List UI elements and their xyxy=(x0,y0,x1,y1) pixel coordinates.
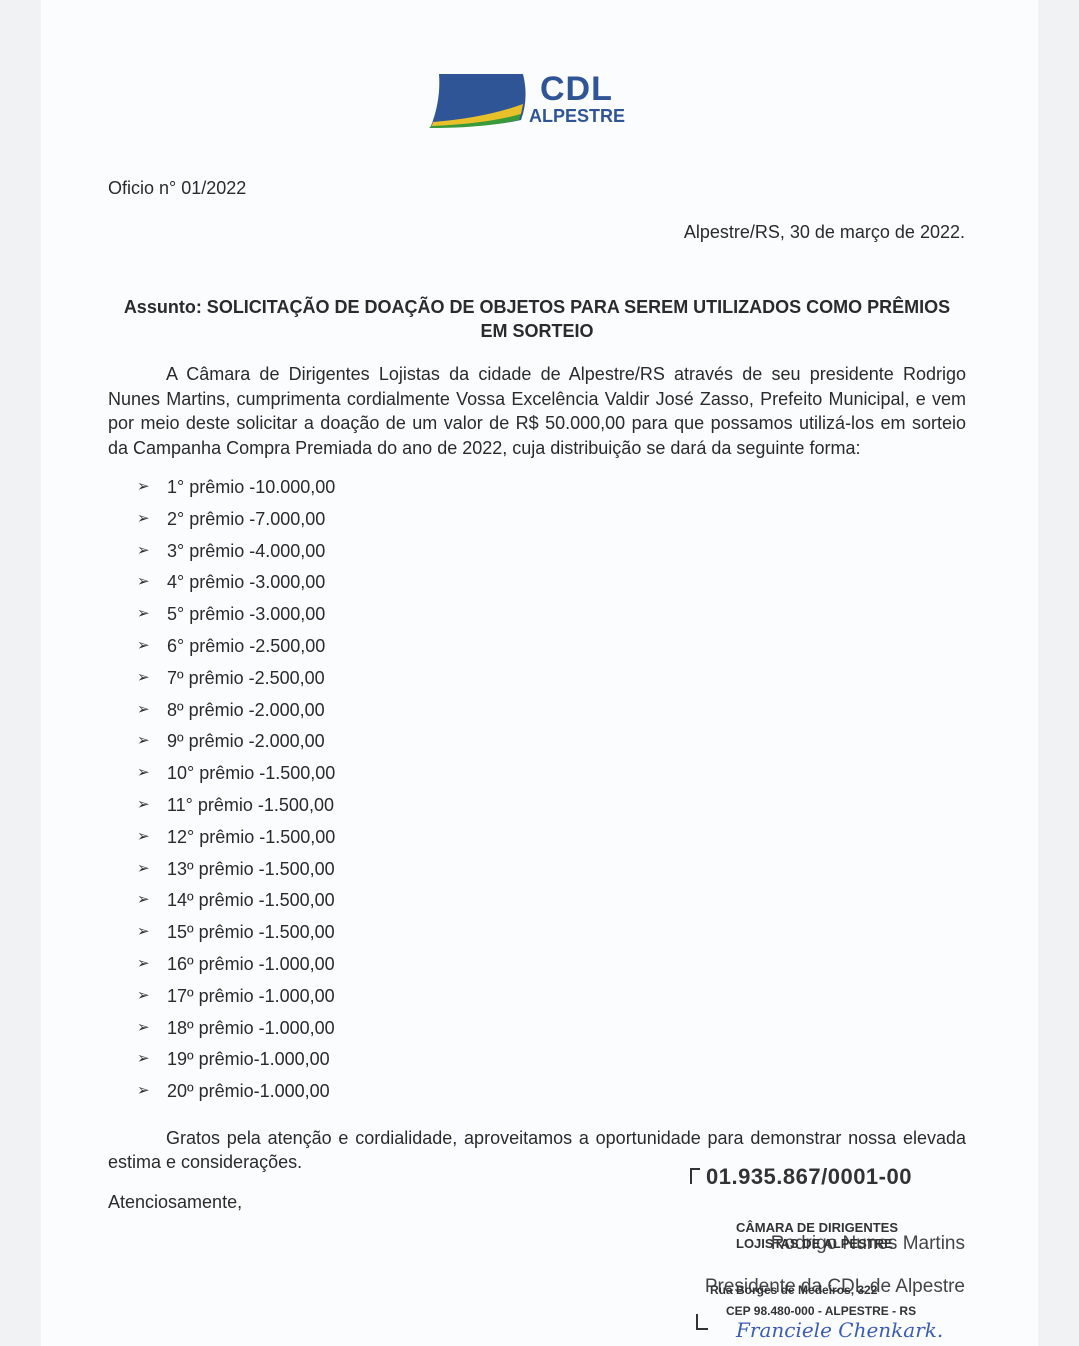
arrowhead-bullet-icon: ➢ xyxy=(137,539,167,571)
stamp-cep: CEP 98.480-000 - ALPESTRE - RS xyxy=(726,1304,916,1318)
arrowhead-bullet-icon: ➢ xyxy=(137,507,167,539)
prize-item: ➢20º prêmio-1.000,00 xyxy=(137,1079,335,1111)
prize-list: ➢1° prêmio -10.000,00➢2° prêmio -7.000,0… xyxy=(137,475,335,1111)
arrowhead-bullet-icon: ➢ xyxy=(137,888,167,920)
arrowhead-bullet-icon: ➢ xyxy=(137,698,167,730)
stamp-organization: CÂMARA DE DIRIGENTES LOJISTAS DE ALPESTR… xyxy=(736,1220,898,1252)
prize-text: 9º prêmio -2.000,00 xyxy=(167,729,325,761)
logo-cdl-text: CDL xyxy=(540,70,613,109)
prize-item: ➢11° prêmio -1.500,00 xyxy=(137,793,335,825)
regards-text: Atenciosamente, xyxy=(108,1192,242,1213)
prize-text: 6° prêmio -2.500,00 xyxy=(167,634,325,666)
cnpj-stamp: 01.935.867/0001-00 xyxy=(706,1164,912,1190)
prize-item: ➢15º prêmio -1.500,00 xyxy=(137,920,335,952)
arrowhead-bullet-icon: ➢ xyxy=(137,857,167,889)
prize-text: 3° prêmio -4.000,00 xyxy=(167,539,325,571)
arrowhead-bullet-icon: ➢ xyxy=(137,1047,167,1079)
prize-item: ➢17º prêmio -1.000,00 xyxy=(137,984,335,1016)
stamp-corner-icon xyxy=(696,1314,708,1330)
prize-item: ➢6° prêmio -2.500,00 xyxy=(137,634,335,666)
arrowhead-bullet-icon: ➢ xyxy=(137,475,167,507)
prize-item: ➢1° prêmio -10.000,00 xyxy=(137,475,335,507)
arrowhead-bullet-icon: ➢ xyxy=(137,570,167,602)
arrowhead-bullet-icon: ➢ xyxy=(137,793,167,825)
arrowhead-bullet-icon: ➢ xyxy=(137,634,167,666)
prize-item: ➢14º prêmio -1.500,00 xyxy=(137,888,335,920)
logo-alpestre-text: ALPESTRE xyxy=(529,106,625,127)
prize-text: 11° prêmio -1.500,00 xyxy=(167,793,334,825)
prize-text: 15º prêmio -1.500,00 xyxy=(167,920,335,952)
prize-text: 8º prêmio -2.000,00 xyxy=(167,698,325,730)
flag-swoosh-icon xyxy=(425,68,535,132)
prize-item: ➢8º prêmio -2.000,00 xyxy=(137,698,335,730)
prize-text: 7º prêmio -2.500,00 xyxy=(167,666,325,698)
prize-item: ➢3° prêmio -4.000,00 xyxy=(137,539,335,571)
oficio-number: Oficio n° 01/2022 xyxy=(108,178,246,199)
prize-item: ➢12° prêmio -1.500,00 xyxy=(137,825,335,857)
prize-item: ➢9º prêmio -2.000,00 xyxy=(137,729,335,761)
stamp-line-2: LOJISTAS DE ALPESTRE xyxy=(736,1236,898,1252)
arrowhead-bullet-icon: ➢ xyxy=(137,729,167,761)
body-paragraph: A Câmara de Dirigentes Lojistas da cidad… xyxy=(108,362,966,460)
prize-item: ➢19º prêmio-1.000,00 xyxy=(137,1047,335,1079)
subject-heading: Assunto: SOLICITAÇÃO DE DOAÇÃO DE OBJETO… xyxy=(108,295,966,343)
prize-text: 4° prêmio -3.000,00 xyxy=(167,570,325,602)
handwritten-signature: Franciele Chenkark. xyxy=(736,1318,943,1342)
prize-text: 13º prêmio -1.500,00 xyxy=(167,857,335,889)
prize-text: 12° prêmio -1.500,00 xyxy=(167,825,335,857)
prize-item: ➢16º prêmio -1.000,00 xyxy=(137,952,335,984)
arrowhead-bullet-icon: ➢ xyxy=(137,952,167,984)
prize-item: ➢10° prêmio -1.500,00 xyxy=(137,761,335,793)
prize-item: ➢2° prêmio -7.000,00 xyxy=(137,507,335,539)
prize-text: 20º prêmio-1.000,00 xyxy=(167,1079,330,1111)
prize-item: ➢7º prêmio -2.500,00 xyxy=(137,666,335,698)
prize-text: 16º prêmio -1.000,00 xyxy=(167,952,335,984)
stamp-address: Rua Borges de Medeiros, 322 xyxy=(710,1283,877,1297)
cdl-logo: CDL ALPESTRE xyxy=(425,68,645,132)
prize-text: 18º prêmio -1.000,00 xyxy=(167,1016,335,1048)
prize-item: ➢5° prêmio -3.000,00 xyxy=(137,602,335,634)
prize-item: ➢13º prêmio -1.500,00 xyxy=(137,857,335,889)
arrowhead-bullet-icon: ➢ xyxy=(137,920,167,952)
prize-item: ➢18º prêmio -1.000,00 xyxy=(137,1016,335,1048)
prize-text: 5° prêmio -3.000,00 xyxy=(167,602,325,634)
letter-date: Alpestre/RS, 30 de março de 2022. xyxy=(684,222,965,243)
prize-item: ➢4° prêmio -3.000,00 xyxy=(137,570,335,602)
stamp-line-1: CÂMARA DE DIRIGENTES xyxy=(736,1220,898,1236)
prize-text: 17º prêmio -1.000,00 xyxy=(167,984,335,1016)
arrowhead-bullet-icon: ➢ xyxy=(137,1016,167,1048)
arrowhead-bullet-icon: ➢ xyxy=(137,666,167,698)
prize-text: 14º prêmio -1.500,00 xyxy=(167,888,335,920)
prize-text: 2° prêmio -7.000,00 xyxy=(167,507,325,539)
arrowhead-bullet-icon: ➢ xyxy=(137,825,167,857)
prize-text: 19º prêmio-1.000,00 xyxy=(167,1047,330,1079)
prize-text: 10° prêmio -1.500,00 xyxy=(167,761,335,793)
prize-text: 1° prêmio -10.000,00 xyxy=(167,475,335,507)
arrowhead-bullet-icon: ➢ xyxy=(137,1079,167,1111)
stamp-corner-icon xyxy=(690,1168,700,1184)
arrowhead-bullet-icon: ➢ xyxy=(137,761,167,793)
arrowhead-bullet-icon: ➢ xyxy=(137,602,167,634)
arrowhead-bullet-icon: ➢ xyxy=(137,984,167,1016)
